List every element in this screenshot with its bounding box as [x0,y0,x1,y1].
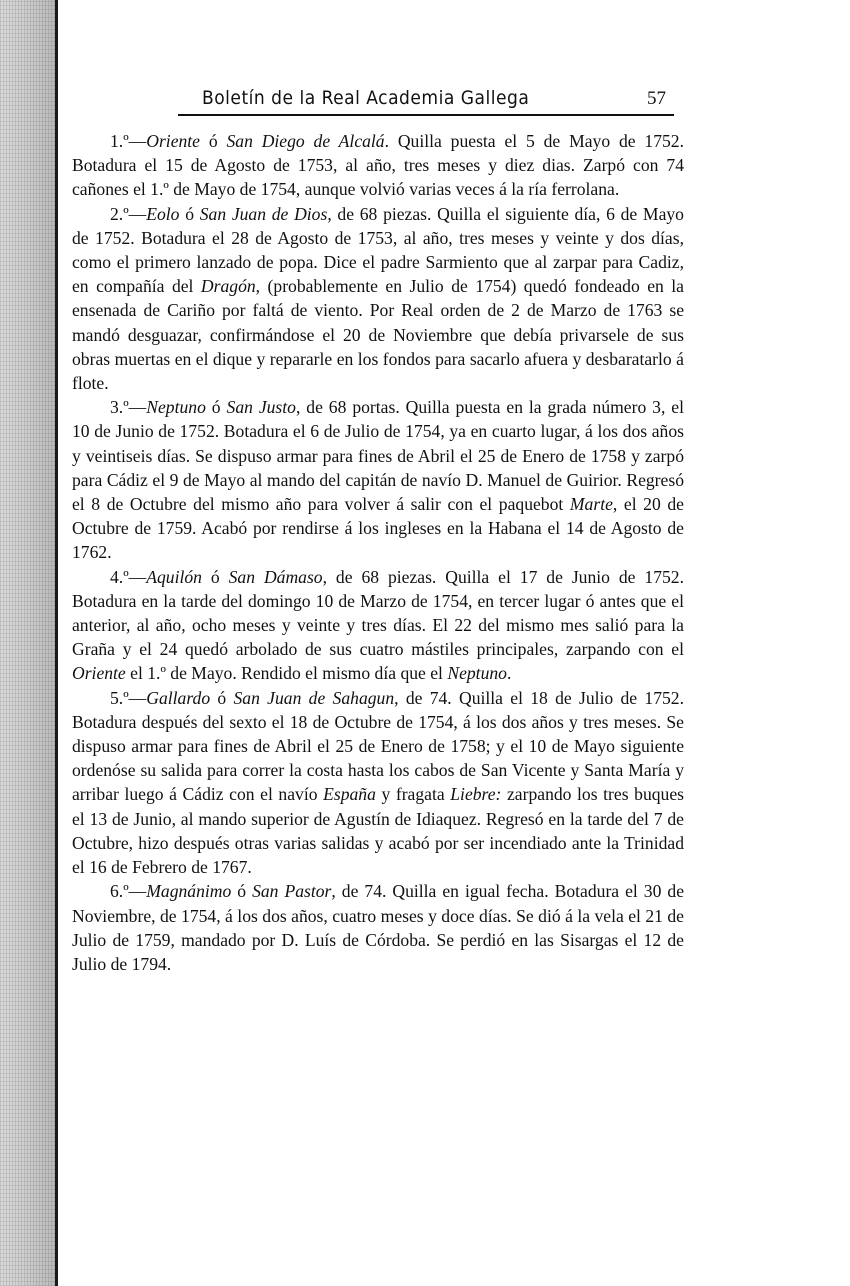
connector: ó [200,131,226,151]
ship-reference: Liebre: [450,784,501,804]
entry-text: y fragata [376,784,450,804]
ship-name: Gallardo [146,688,210,708]
entry-ordinal: 3.º— [110,397,146,417]
running-header: Boletín de la Real Academia Gallega 57 [178,84,674,116]
ship-entry-4: 4.º—Aquilón ó San Dámaso, de 68 piezas. … [72,565,684,686]
ship-name: Neptuno [146,397,206,417]
saint-name: San Juan de Sahagun [234,688,395,708]
ship-name: Magnánimo [146,881,231,901]
journal-title: Boletín de la Real Academia Gallega [202,87,529,109]
saint-name: San Pastor [252,881,331,901]
connector: ó [206,397,227,417]
document-page: Boletín de la Real Academia Gallega 57 1… [72,84,684,976]
page-number: 57 [647,88,666,110]
saint-name: San Justo [227,397,296,417]
ship-name: Oriente [146,131,200,151]
entry-text: . [507,663,511,683]
saint-name: San Dámaso [229,567,323,587]
ship-name: Eolo [146,204,179,224]
scan-binding-edge [55,0,58,1286]
ship-reference: Neptuno [447,663,507,683]
entry-ordinal: 5.º— [110,688,146,708]
body-text: 1.º—Oriente ó San Diego de Alcalá. Quill… [72,129,684,976]
ship-entry-5: 5.º—Gallardo ó San Juan de Sahagun, de 7… [72,686,684,880]
entry-ordinal: 1.º— [110,131,146,151]
connector: ó [202,567,229,587]
saint-name: San Diego de Alcalá [226,131,384,151]
ship-entry-1: 1.º—Oriente ó San Diego de Alcalá. Quill… [72,129,684,202]
ship-name: Aquilón [146,567,202,587]
ship-reference: España [323,784,376,804]
entry-ordinal: 6.º— [110,881,146,901]
ship-reference: Marte [570,494,613,514]
connector: ó [179,204,199,224]
ship-reference: Oriente [72,663,126,683]
connector: ó [210,688,233,708]
ship-entry-2: 2.º—Eolo ó San Juan de Dios, de 68 pieza… [72,202,684,396]
ship-entry-3: 3.º—Neptuno ó San Justo, de 68 portas. Q… [72,395,684,564]
entry-ordinal: 4.º— [110,567,146,587]
ship-entry-6: 6.º—Magnánimo ó San Pastor, de 74. Quill… [72,879,684,976]
connector: ó [231,881,252,901]
scan-binding-shadow [0,0,58,1286]
entry-ordinal: 2.º— [110,204,146,224]
ship-reference: Dragón [201,276,256,296]
saint-name: San Juan de Dios [200,204,328,224]
entry-text: el 1.º de Mayo. Rendido el mismo día que… [126,663,448,683]
